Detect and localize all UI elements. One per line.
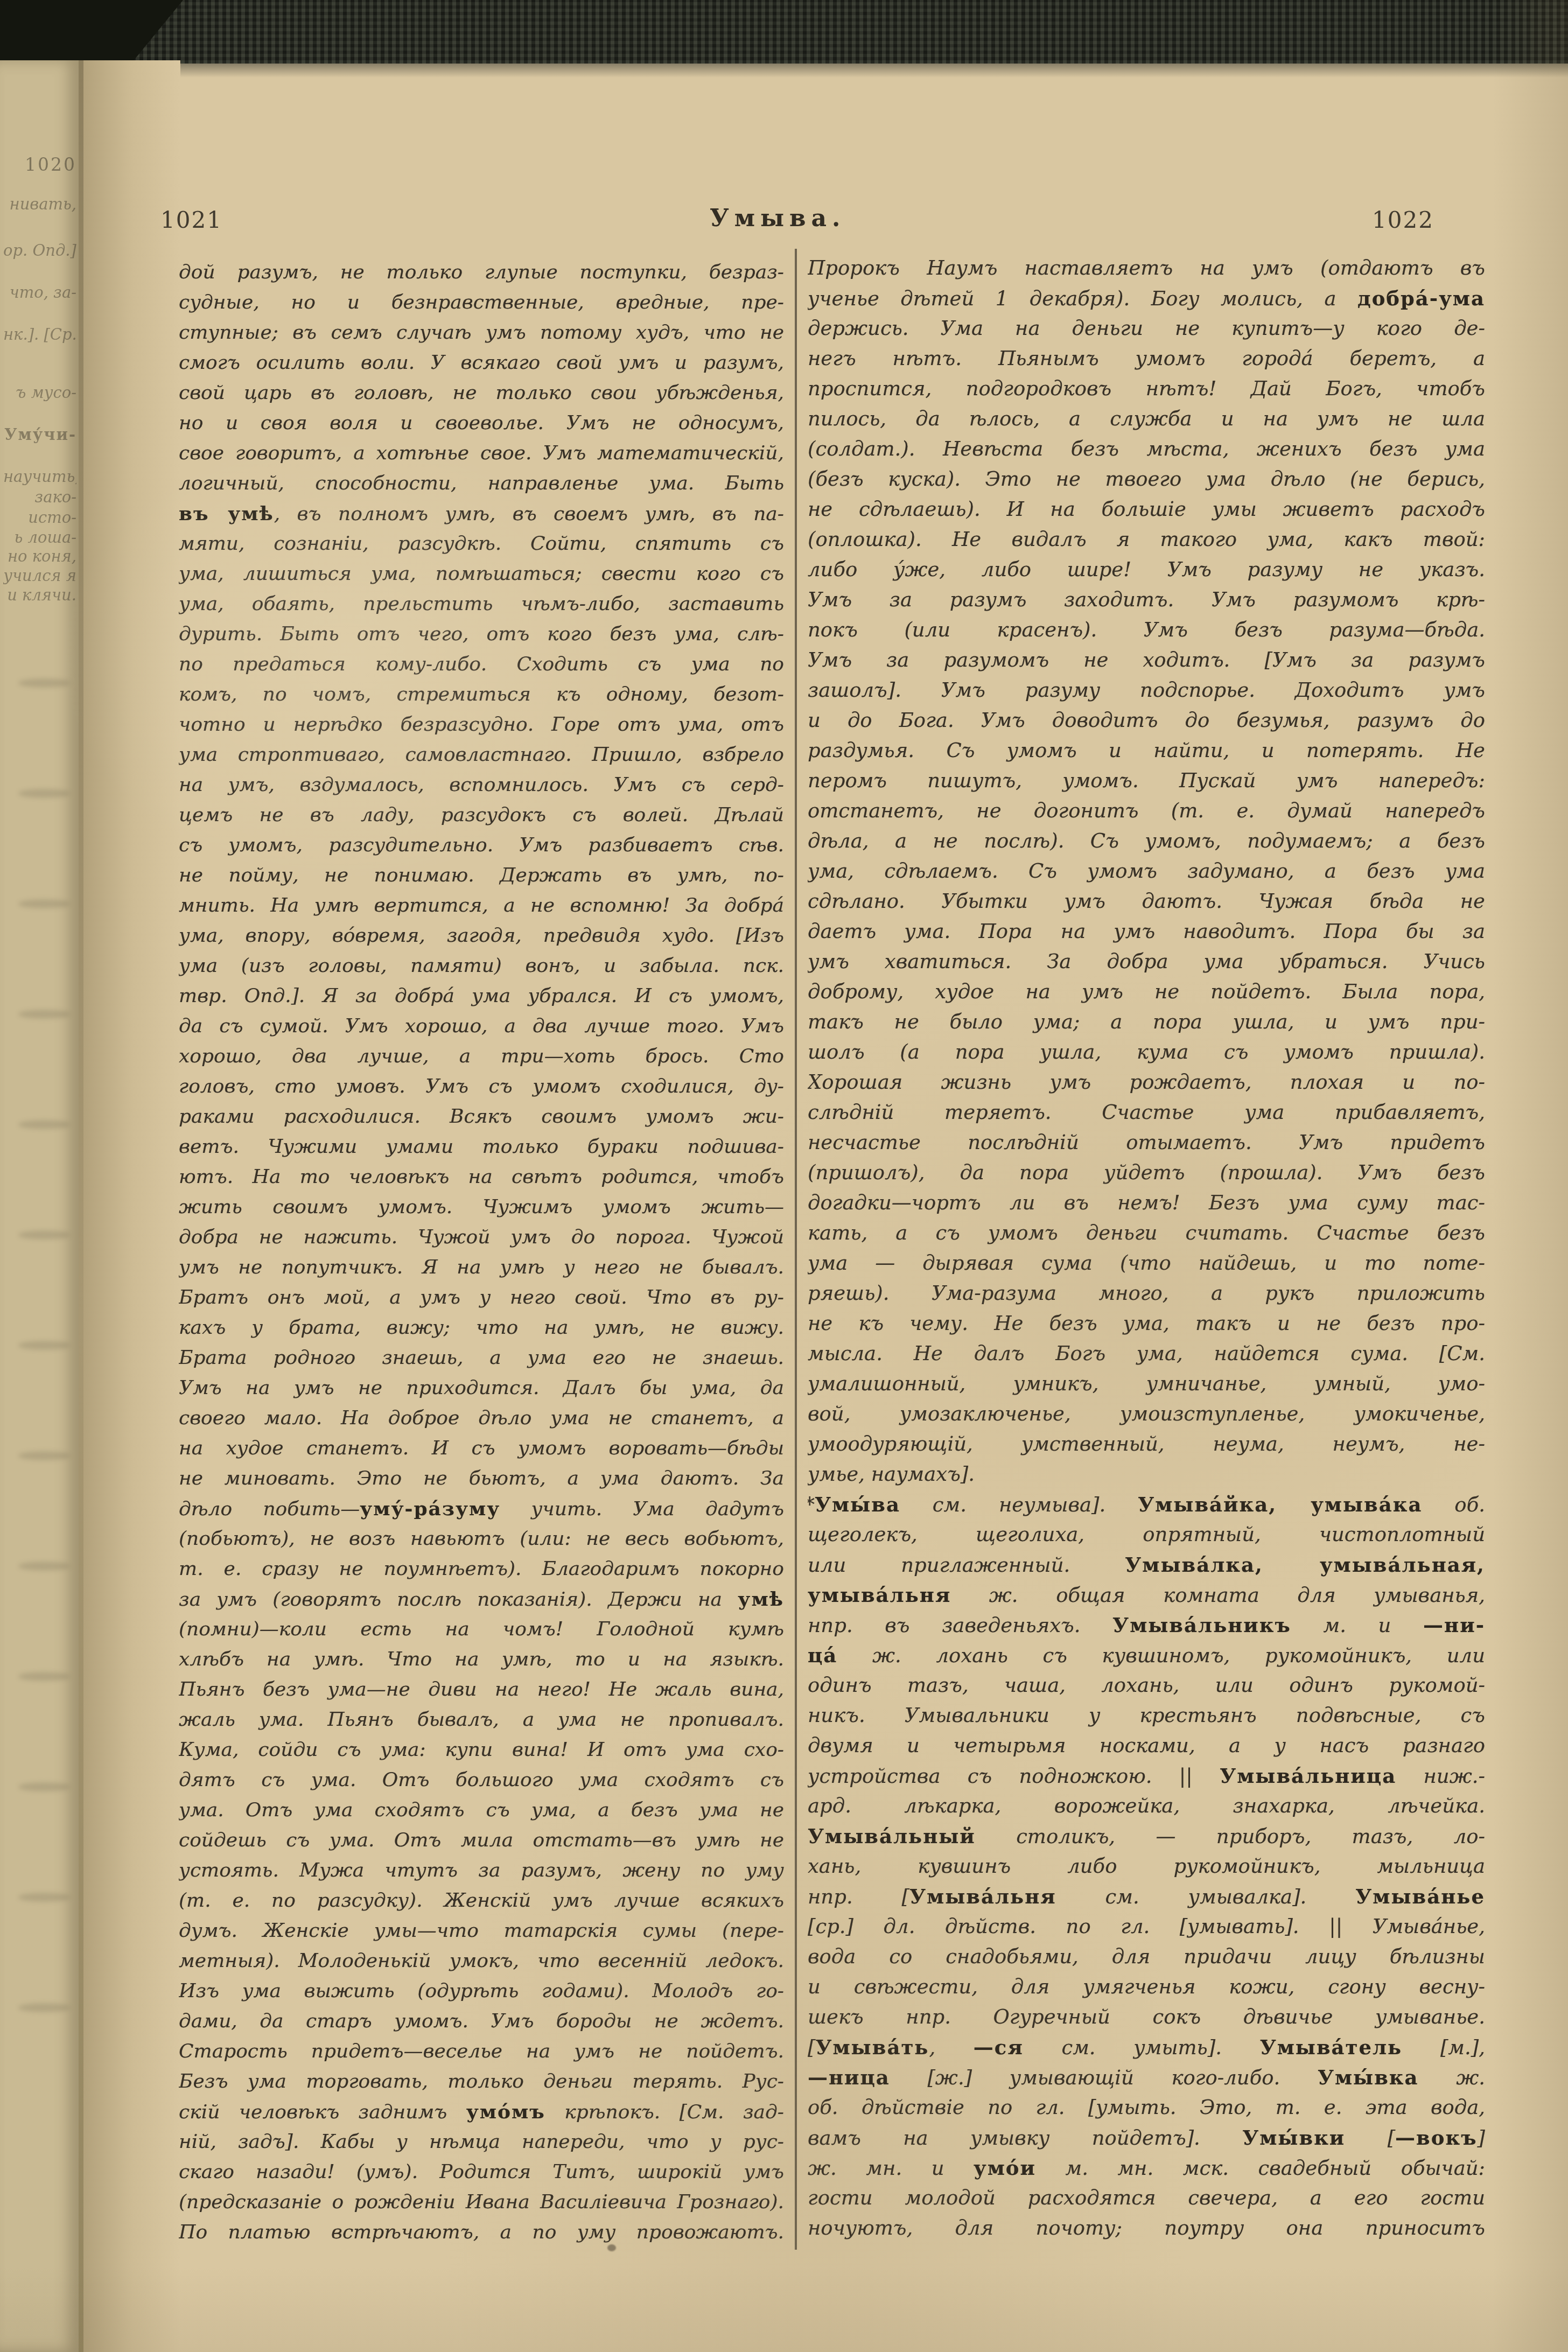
text-line: ард. лѣкарка, ворожейка, знахарка, лѣчей… [808, 1791, 1485, 1821]
margin-smudge [18, 1451, 70, 1460]
margin-fragment: 1020 [3, 154, 76, 175]
text-line: Кума, сойди съ ума: купи вина! И отъ ума… [179, 1735, 784, 1765]
margin-smudge [18, 1230, 70, 1240]
column-left: дой разумъ, не только глупые поступки, б… [179, 257, 784, 2248]
text-line: мнить. На умѣ вертится, а не вспомню! За… [179, 891, 784, 921]
text-line: ній, задъ]. Кабы у нѣмца напереди, что у… [179, 2127, 784, 2157]
text-line: хорошо, два лучше, а три—хоть брось. Сто [179, 1041, 784, 1072]
scanned-dictionary-page: { "page": { "left_number": "1021", "titl… [0, 0, 1568, 2352]
margin-fragment: ь лоша- [3, 528, 76, 547]
text-line: свое говоритъ, а хотѣнье свое. Умъ матем… [179, 438, 784, 468]
text-line: раками расходилися. Всякъ своимъ умомъ ж… [179, 1102, 784, 1132]
text-line: перомъ пишутъ, умомъ. Пускай умъ наперед… [808, 766, 1485, 796]
page-fold-edge [79, 60, 83, 2352]
text-line: по предаться кому-либо. Сходить съ ума п… [179, 649, 784, 680]
margin-fragment: нк.]. [Ср. [3, 325, 76, 344]
text-line: на умъ, вздумалось, вспомнилось. Умъ съ … [179, 770, 784, 800]
margin-fragment: Уму́чи- [3, 425, 76, 444]
text-line: Пророкъ Наумъ наставляетъ на умъ (отдают… [808, 253, 1485, 283]
text-line: ума, обаять, прельстить чѣмъ-либо, заста… [179, 589, 784, 619]
text-line: умыва́льня ж. общая комната для умыванья… [808, 1580, 1485, 1610]
text-line: ума, сдѣлаемъ. Съ умомъ задумано, а безъ… [808, 856, 1485, 886]
text-line: скій человѣкъ заднимъ умо́мъ крѣпокъ. [С… [179, 2097, 784, 2127]
column-right: Пророкъ Наумъ наставляетъ на умъ (отдают… [808, 253, 1485, 2243]
text-line: своего мало. На доброе дѣло ума не стане… [179, 1403, 784, 1433]
text-line: ума строптиваго, самовластнаго. Пришло, … [179, 740, 784, 770]
margin-fragment: нивать, [3, 195, 76, 213]
margin-fragment: но коня, [3, 547, 76, 565]
text-line: логичный, способности, направленье ума. … [179, 468, 784, 499]
text-line: (предсказаніе о рожденіи Ивана Василіеви… [179, 2187, 784, 2217]
text-line: ума, впору, во́время, загодя, предвидя х… [179, 921, 784, 951]
margin-smudge [18, 1120, 70, 1129]
text-line: ума — дырявая сума (что найдешь, и то по… [808, 1248, 1485, 1278]
text-line: устройства съ подножкою. || Умыва́льница… [808, 1761, 1485, 1791]
text-line: Пьянъ безъ ума—не диви на него! Не жаль … [179, 1675, 784, 1705]
column-number-left: 1021 [160, 207, 222, 233]
text-line: твр. Опд.]. Я за добра́ ума убрался. И с… [179, 981, 784, 1011]
margin-fragment: зако- [3, 488, 76, 506]
text-line: ютъ. На то человѣкъ на свѣтъ родится, чт… [179, 1162, 784, 1192]
margin-smudge [18, 789, 70, 798]
margin-smudge [18, 1341, 70, 1350]
margin-smudge [18, 1782, 70, 1791]
text-line: жаль ума. Пьянъ бывалъ, а ума не пропива… [179, 1705, 784, 1735]
text-line: покъ (или красенъ). Умъ безъ разума—бѣда… [808, 615, 1485, 645]
text-line: не пойму, не понимаю. Держать въ умѣ, по… [179, 860, 784, 891]
text-line: негъ нѣтъ. Пьянымъ умомъ города́ беретъ,… [808, 344, 1485, 374]
text-line: нпр. [Умыва́льня см. умывалка]. Умыва́нь… [808, 1881, 1485, 1912]
binding-cloth-band [0, 0, 1568, 64]
text-line: пилось, да ѣлось, а служба и на умъ не ш… [808, 404, 1485, 434]
text-line: мысла. Не далъ Богъ ума, найдется сума. … [808, 1339, 1485, 1369]
text-line: ца́ ж. лохань съ кувшиномъ, рукомойникъ,… [808, 1640, 1485, 1670]
text-line: проспится, подгородковъ нѣтъ! Дай Богъ, … [808, 374, 1485, 404]
text-line: Умъ за разумомъ не ходитъ. [Умъ за разум… [808, 645, 1485, 675]
text-line: за умъ (говорятъ послѣ показанія). Держи… [179, 1584, 784, 1614]
text-line: щеголекъ, щеголиха, опрятный, чистоплотн… [808, 1520, 1485, 1550]
text-line: и до Бога. Умъ доводитъ до безумья, разу… [808, 705, 1485, 736]
text-line: ступные; въ семъ случаѣ умъ потому худъ,… [179, 318, 784, 348]
text-line: —ница [ж.] умывающій кого-либо. Умы́вка … [808, 2062, 1485, 2092]
text-line: дой разумъ, не только глупые поступки, б… [179, 257, 784, 288]
margin-smudge [18, 899, 70, 908]
text-line: (помни)—коли есть на чомъ! Голодной кумѣ [179, 1614, 784, 1644]
text-line: свой царь въ головѣ, не только свои убѣж… [179, 378, 784, 408]
text-line: не миновать. Это не бьютъ, а ума даютъ. … [179, 1464, 784, 1494]
text-line: кахъ у брата, вижу; что на умѣ, не вижу. [179, 1313, 784, 1343]
text-line: Старость придетъ—веселье на умъ не пойде… [179, 2036, 784, 2067]
text-line: судные, но и безнравственные, вредные, п… [179, 288, 784, 318]
text-line: отстанетъ, не догонитъ (т. е. думай напе… [808, 796, 1485, 826]
text-line: держись. Ума на деньги не купитъ—у кого … [808, 313, 1485, 344]
margin-smudge [18, 1010, 70, 1019]
text-line: дѣла, а не послѣ). Съ умомъ, подумаемъ; … [808, 826, 1485, 856]
text-line: слѣдній теряетъ. Счастье ума прибавляетъ… [808, 1097, 1485, 1128]
text-line: шекъ нпр. Огуречный сокъ дѣвичье умывань… [808, 2002, 1485, 2032]
text-line: По платью встрѣчаютъ, а по уму провожают… [179, 2217, 784, 2248]
text-line: ума (изъ головы, памяти) вонъ, и забыла.… [179, 951, 784, 981]
text-line: Братъ онъ мой, а умъ у него свой. Что въ… [179, 1283, 784, 1313]
text-line: смогъ осилить воли. У всякаго свой умъ и… [179, 348, 784, 378]
margin-fragment: ор. Опд.]. [3, 241, 76, 260]
text-line: (пришолъ), да пора уйдетъ (прошла). Умъ … [808, 1158, 1485, 1188]
text-line: т. е. сразу не поумнѣетъ). Благодаримъ п… [179, 1554, 784, 1584]
text-line: гости молодой расходятся свечера, а его … [808, 2183, 1485, 2213]
text-line: [*Умы́ва см. неумыва]. Умыва́йка, умыва́… [808, 1489, 1485, 1520]
text-line: умъ хватиться. За добра ума убраться. Уч… [808, 947, 1485, 977]
text-line: нпр. въ заведеньяхъ. Умыва́льникъ м. и —… [808, 1610, 1485, 1640]
text-line: устоять. Мужа чтутъ за разумъ, жену по у… [179, 1856, 784, 1886]
column-divider-rule [795, 249, 797, 2250]
text-line: такъ не было ума; а пора ушла, и умъ при… [808, 1007, 1485, 1037]
text-line: не къ чему. Не безъ ума, такъ и не безъ … [808, 1308, 1485, 1339]
text-line: жить своимъ умомъ. Чужимъ умомъ жить— [179, 1192, 784, 1222]
text-line: шолъ (а пора ушла, кума съ умомъ пришла)… [808, 1037, 1485, 1067]
text-line: (солдат.). Невѣста безъ мѣста, женихъ бе… [808, 434, 1485, 464]
text-line: не сдѣлаешь). И на большіе умы живетъ ра… [808, 494, 1485, 524]
text-line: дятъ съ ума. Отъ большого ума сходятъ съ [179, 1765, 784, 1795]
text-line: несчастье послѣдній отымаетъ. Умъ придет… [808, 1128, 1485, 1158]
margin-smudge [18, 1893, 70, 1902]
margin-smudge [18, 678, 70, 688]
text-line: никъ. Умывальники у крестьянъ подвѣсные,… [808, 1700, 1485, 1731]
margin-fragment: исто- [3, 508, 76, 527]
text-line: (оплошка). Не видалъ я такого ума, какъ … [808, 524, 1485, 555]
text-line: ученье дѣтей 1 декабря). Богу молись, а … [808, 283, 1485, 313]
text-line: на худое станетъ. И съ умомъ воровать—бѣ… [179, 1433, 784, 1464]
text-line: или приглаженный. Умыва́лка, умыва́льная… [808, 1550, 1485, 1580]
text-line: въ умѣ, въ полномъ умѣ, въ своемъ умѣ, в… [179, 499, 784, 529]
margin-smudge [18, 2003, 70, 2012]
text-line: умалишонный, умникъ, умничанье, умный, у… [808, 1369, 1485, 1399]
text-line: Умыва́льный столикъ, — приборъ, тазъ, ло… [808, 1821, 1485, 1851]
text-line: ж. мн. и умо́и м. мн. мск. свадебный обы… [808, 2153, 1485, 2183]
text-line: цемъ не въ ладу, разсудокъ съ волей. Дѣл… [179, 800, 784, 830]
text-line: либо у́же, либо шире! Умъ разуму не указ… [808, 555, 1485, 585]
text-line: мяти, сознаніи, разсудкѣ. Сойти, спятить… [179, 529, 784, 559]
text-line: хань, кувшинъ либо рукомойникъ, мыльница [808, 1851, 1485, 1881]
text-line: умоодуряющій, умственный, неума, неумъ, … [808, 1429, 1485, 1459]
gutter-shadow [83, 60, 180, 2352]
text-line: и свѣжести, для умягченья кожи, сгону ве… [808, 1972, 1485, 2002]
text-line: [Умыва́ть, —ся см. умыть]. Умыва́тель [м… [808, 2032, 1485, 2062]
text-line: Умъ на умъ не приходится. Далъ бы ума, д… [179, 1373, 784, 1403]
text-line: ночуютъ, для почоту; поутру она приносит… [808, 2213, 1485, 2243]
text-line: ветъ. Чужими умами только бураки подшива… [179, 1132, 784, 1162]
text-line: но и своя воля и своеволье. Умъ не однос… [179, 408, 784, 438]
column-number-right: 1022 [1372, 207, 1434, 233]
text-line: хлѣбъ на умѣ. Что на умѣ, то и на языкѣ. [179, 1644, 784, 1675]
text-line: двумя и четырьмя носками, а у насъ разна… [808, 1731, 1485, 1761]
margin-smudge [18, 1672, 70, 1681]
text-line: сойдешь съ ума. Отъ мила отстать—въ умѣ … [179, 1825, 784, 1856]
text-line: (т. е. по разсудку). Женскій умъ лучше в… [179, 1886, 784, 1916]
text-line: скаго назади! (умъ). Родится Титъ, широк… [179, 2157, 784, 2187]
text-line: ума. Отъ ума сходятъ съ ума, а безъ ума … [179, 1795, 784, 1825]
text-line: головъ, сто умовъ. Умъ съ умомъ сходилис… [179, 1072, 784, 1102]
text-line: раздумья. Съ умомъ и найти, и потерять. … [808, 736, 1485, 766]
text-line: дурить. Быть отъ чего, отъ кого безъ ума… [179, 619, 784, 649]
text-line: догадки—чортъ ли въ немъ! Безъ ума суму … [808, 1188, 1485, 1218]
text-line: доброму, худое на умъ не пойдетъ. Была п… [808, 977, 1485, 1007]
text-line: зашолъ]. Умъ разуму подспорье. Доходитъ … [808, 675, 1485, 705]
text-line: комъ, по чомъ, стремиться къ одному, без… [179, 680, 784, 710]
text-line: вой, умозаключенье, умоизступленье, умок… [808, 1399, 1485, 1429]
margin-fragment: научить, [3, 467, 76, 486]
margin-fragment: учился я [3, 566, 76, 585]
text-line: умье, наумахъ]. [808, 1459, 1485, 1489]
text-line: (побьютъ), не возъ навьютъ (или: не весь… [179, 1524, 784, 1554]
text-line: об. дѣйствіе по гл. [умыть. Это, т. е. э… [808, 2092, 1485, 2123]
text-line: метныя). Молоденькій умокъ, что весенній… [179, 1946, 784, 1976]
text-line: одинъ тазъ, чаша, лохань, или одинъ руко… [808, 1670, 1485, 1700]
margin-fragment: что, за- [3, 283, 76, 302]
margin-fragment: ъ мусо- [3, 383, 76, 402]
text-line: да съ сумой. Умъ хорошо, а два лучше тог… [179, 1011, 784, 1041]
text-line: умъ не попутчикъ. Я на умѣ у него не быв… [179, 1252, 784, 1283]
text-line: кать, а съ умомъ деньги считать. Счастье… [808, 1218, 1485, 1248]
text-line: съ умомъ, разсудительно. Умъ разбиваетъ … [179, 830, 784, 860]
text-line: думъ. Женскіе умы—что татарскія сумы (пе… [179, 1916, 784, 1946]
text-line: Безъ ума торговать, только деньги терять… [179, 2067, 784, 2097]
text-line: дами, да старъ умомъ. Умъ бороды не ждет… [179, 2006, 784, 2036]
text-line: чотно и нерѣдко безразсудно. Горе отъ ум… [179, 710, 784, 740]
page-title: Умыва. [710, 205, 845, 232]
text-line: сдѣлано. Убытки умъ даютъ. Чужая бѣда не [808, 886, 1485, 916]
text-line: добра не нажить. Чужой умъ до порога. Чу… [179, 1222, 784, 1252]
margin-fragment: и клячи. [3, 586, 76, 604]
text-line: [ср.] дл. дѣйств. по гл. [умывать]. || У… [808, 1912, 1485, 1942]
text-line: Изъ ума выжить (одурѣть годами). Молодъ … [179, 1976, 784, 2006]
text-line: вода со снадобьями, для придачи лицу бѣл… [808, 1942, 1485, 1972]
text-line: дѣло побить—уму́-ра́зуму учить. Ума даду… [179, 1494, 784, 1524]
text-line: даетъ ума. Пора на умъ наводитъ. Пора бы… [808, 916, 1485, 947]
text-line: вамъ на умывку пойдетъ]. Умы́вки [—вокъ] [808, 2123, 1485, 2153]
text-line: Хорошая жизнь умъ рождаетъ, плохая и по- [808, 1067, 1485, 1097]
text-line: (безъ куска). Это не твоего ума дѣло (не… [808, 464, 1485, 494]
text-line: Умъ за разумъ заходитъ. Умъ разумомъ крѣ… [808, 585, 1485, 615]
ink-speck [607, 2244, 616, 2251]
text-line: Брата родного знаешь, а ума его не знаеш… [179, 1343, 784, 1373]
text-line: ума, лишиться ума, помѣшаться; свести ко… [179, 559, 784, 589]
text-line: ряешь). Ума-разума много, а рукъ приложи… [808, 1278, 1485, 1308]
margin-smudge [18, 1562, 70, 1571]
